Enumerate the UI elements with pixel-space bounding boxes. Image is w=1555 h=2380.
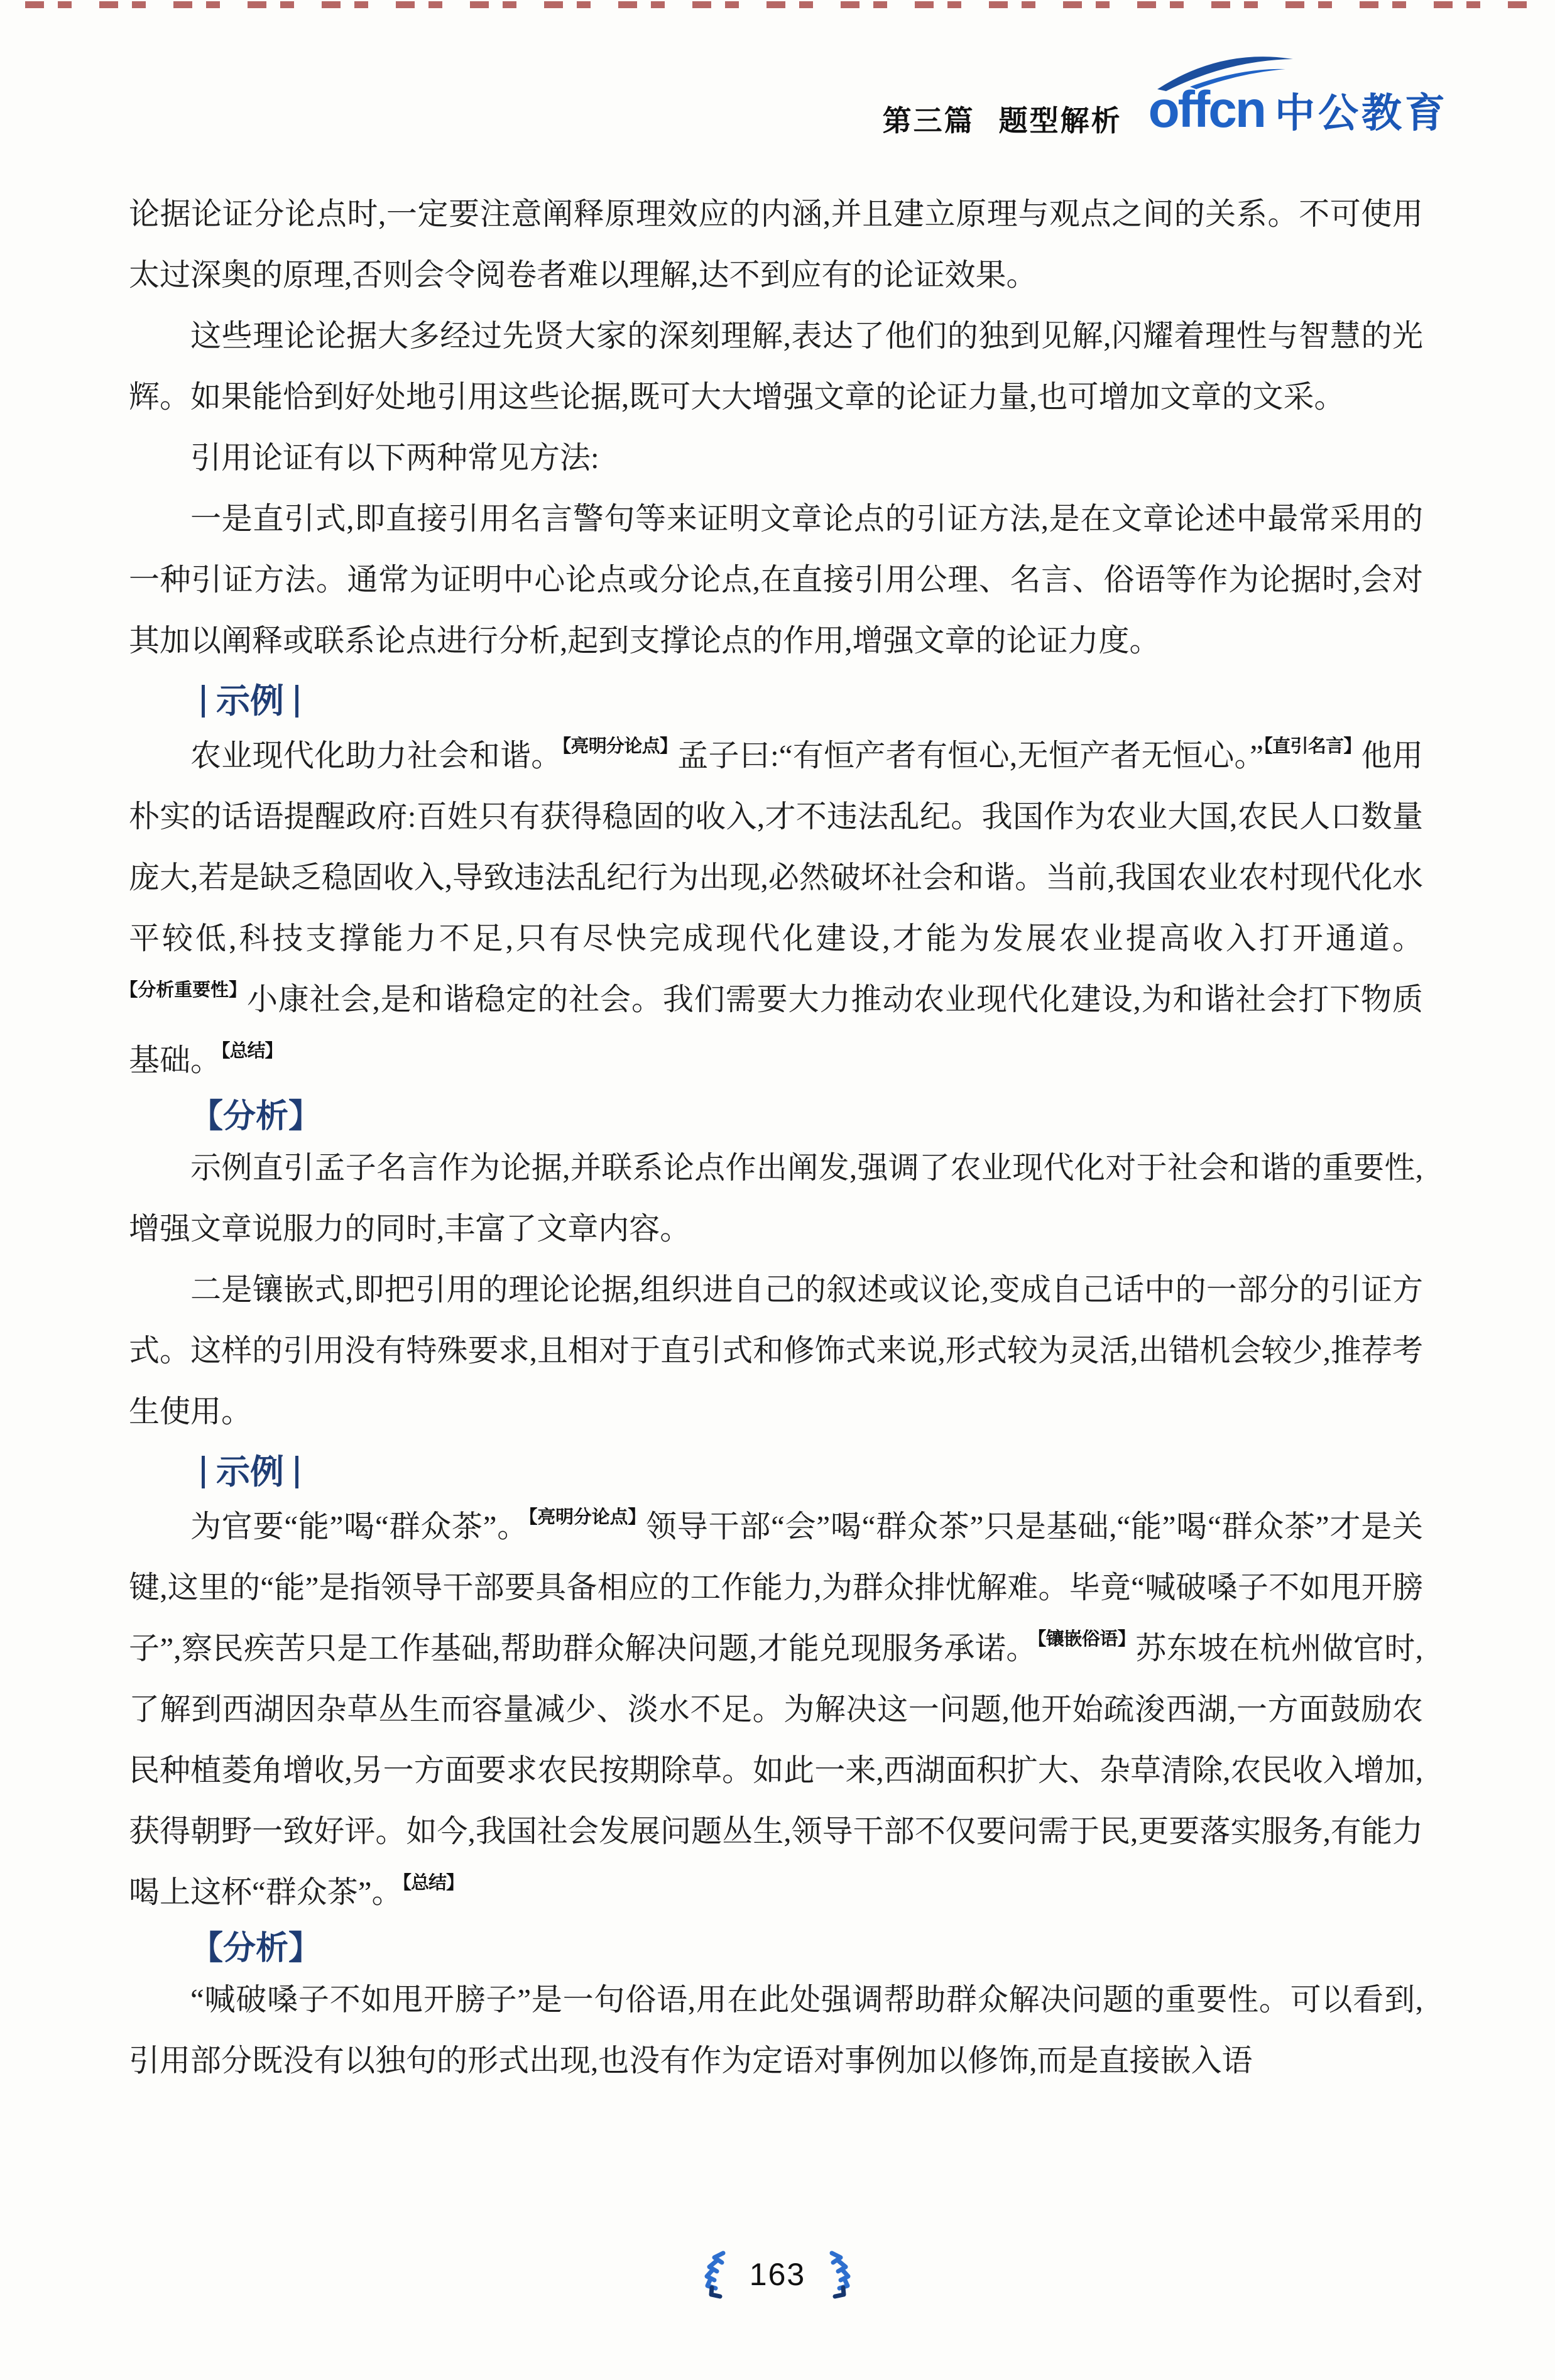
chapter-label: 第三篇 [883,98,975,139]
inline-annotation: 【分析重要性】 [129,980,247,1000]
scan-artifact-strip [25,1,1530,8]
text-run: 孟子曰:“有恒产者有恒心,无恒产者无恒心。” [677,738,1263,773]
text-run: 苏东坡在杭州做官时,了解到西湖因杂草丛生而容量减少、淡水不足。为解决这一问题,他… [129,1631,1423,1909]
inline-annotation: 【总结】 [403,1873,464,1893]
inline-annotation: 【镶嵌俗语】 [1037,1629,1135,1649]
example-paragraph: 农业现代化助力社会和谐。【亮明分论点】孟子曰:“有恒产者有恒心,无恒产者无恒心。… [129,725,1423,1091]
divider-bar [295,685,298,718]
page-content: 论据论证分论点时,一定要注意阐释原理效应的内涵,并且建立原理与观点之间的关系。不… [129,183,1423,2091]
body-paragraph: 引用论证有以下两种常见方法: [129,427,1423,488]
inline-annotation: 【亮明分论点】 [562,736,678,756]
analysis-paragraph: “喊破嗓子不如甩开膀子”是一句俗语,用在此处强调帮助群众解决问题的重要性。可以看… [129,1969,1423,2091]
text-run: 为官要“能”喝“群众茶”。 [190,1509,528,1544]
text-run: 小康社会,是和谐稳定的社会。我们需要大力推动农业现代化建设,为和谐社会打下物质基… [129,982,1423,1078]
logo-swoosh-icon [1152,57,1297,92]
inline-annotation: 【总结】 [221,1041,283,1061]
laurel-left-icon [693,2249,731,2300]
example-paragraph: 为官要“能”喝“群众茶”。【亮明分论点】领导干部“会”喝“群众茶”只是基础,“能… [129,1496,1423,1923]
inline-annotation: 【直引名言】 [1263,736,1361,756]
divider-bar [295,1456,298,1488]
body-paragraph: 一是直引式,即直接引用名言警句等来证明文章论点的引证方法,是在文章论述中最常采用… [129,488,1423,671]
body-paragraph: 这些理论论据大多经过先贤大家的深刻理解,表达了他们的独到见解,闪耀着理性与智慧的… [129,305,1423,427]
offcn-logo: offcn 中公教育 [1149,80,1448,139]
analysis-paragraph: 示例直引孟子名言作为论据,并联系论点作出阐发,强调了农业现代化对于社会和谐的重要… [129,1137,1423,1259]
divider-bar [202,685,205,718]
chapter-heading: 第三篇 题型解析 [883,80,1122,139]
logo-chinese-text: 中公教育 [1275,81,1448,139]
analysis-heading: 【分析】 [190,1098,1423,1135]
book-page: 第三篇 题型解析 offcn 中公教育 论据论证分论点时,一定要注意阐释原理效应… [0,0,1555,2380]
analysis-heading: 【分析】 [190,1930,1423,1967]
inline-annotation: 【亮明分论点】 [528,1507,646,1527]
divider-bar [202,1456,205,1488]
page-number: 163 [750,2256,805,2293]
example-heading: 示例 [190,1453,1423,1491]
example-heading: 示例 [190,682,1423,720]
example-heading-label: 示例 [216,682,284,720]
body-paragraph: 论据论证分论点时,一定要注意阐释原理效应的内涵,并且建立原理与观点之间的关系。不… [129,183,1423,305]
body-paragraph: 二是镶嵌式,即把引用的理论论据,组织进自己的叙述或议论,变成自己话中的一部分的引… [129,1259,1423,1442]
laurel-right-icon [824,2249,862,2300]
chapter-title: 题型解析 [999,98,1122,139]
page-header: 第三篇 题型解析 offcn 中公教育 [883,80,1448,139]
text-run: 农业现代化助力社会和谐。 [190,738,562,773]
example-heading-label: 示例 [216,1453,284,1491]
page-footer: 163 [0,2249,1555,2300]
